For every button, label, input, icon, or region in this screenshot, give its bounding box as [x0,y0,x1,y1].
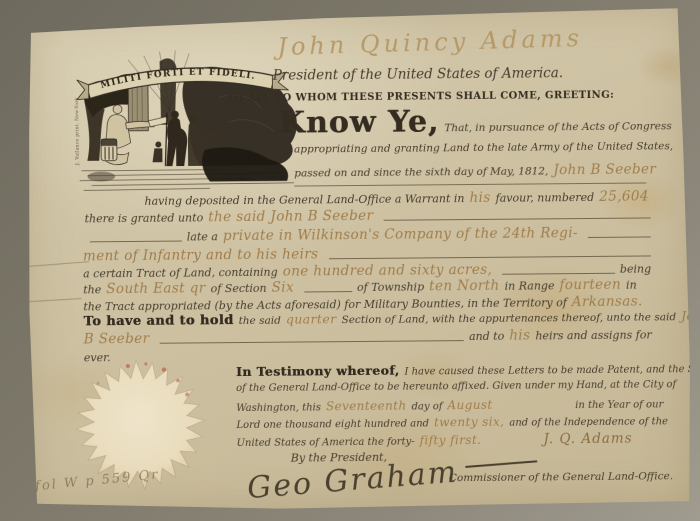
blank-rule [294,182,646,186]
engraver-credit: J. Vallance print. New-York [74,97,80,166]
service-line-1: late a private in Wilkinson's Company of… [85,224,656,245]
photo-backdrop: MILITI FORTI ET FIDELI. J. Vallance prin… [0,0,700,521]
intro-line-1: That, in pursuance of the Acts of Congre… [444,120,671,134]
year-hand: twenty six, [434,415,504,430]
president-signature: J. Q. Adams [543,431,632,448]
testimony-line-1: In Testimony whereof,I have caused these… [236,360,668,380]
day-hand: Seventeenth [326,399,407,414]
commissioner-title: Commissioner of the General Land-Office. [449,470,678,488]
engraved-vignette: MILITI FORTI ET FIDELI. J. Vallance prin… [70,43,299,203]
crease-mark [27,298,81,302]
docket-signature-top: John Quincy Adams [260,23,606,65]
testimony-block: In Testimony whereof,I have caused these… [25,6,687,12]
warrant-number: 25,604 [599,188,649,204]
know-ye-line: Know Ye, That, in pursuance of the Acts … [279,102,653,121]
intro-line-2: appropriating and granting Land to the l… [294,141,643,160]
land-grant-document: MILITI FORTI ET FIDELI. J. Vallance prin… [25,6,691,512]
patent-scroll [148,117,168,127]
know-ye-text: Know Ye, [279,104,440,140]
crease-mark [27,261,89,267]
grantee-name-hand: John B Seeber [553,161,656,178]
habendum-line-2: B Seeber and tohis heirs and assigns for [84,326,657,347]
month-hand: August [447,398,492,412]
president-title: President of the United States of Americ… [205,65,635,87]
signature-flourish [465,460,537,468]
testimony-line-5: United States of America the forty-fifty… [237,430,669,450]
independence-year-hand: fifty first. [420,433,482,448]
ribbon-tail-left [77,80,89,100]
intro-line-3: passed on and since the sixth day of May… [294,161,650,180]
union-shield-icon [101,139,117,161]
